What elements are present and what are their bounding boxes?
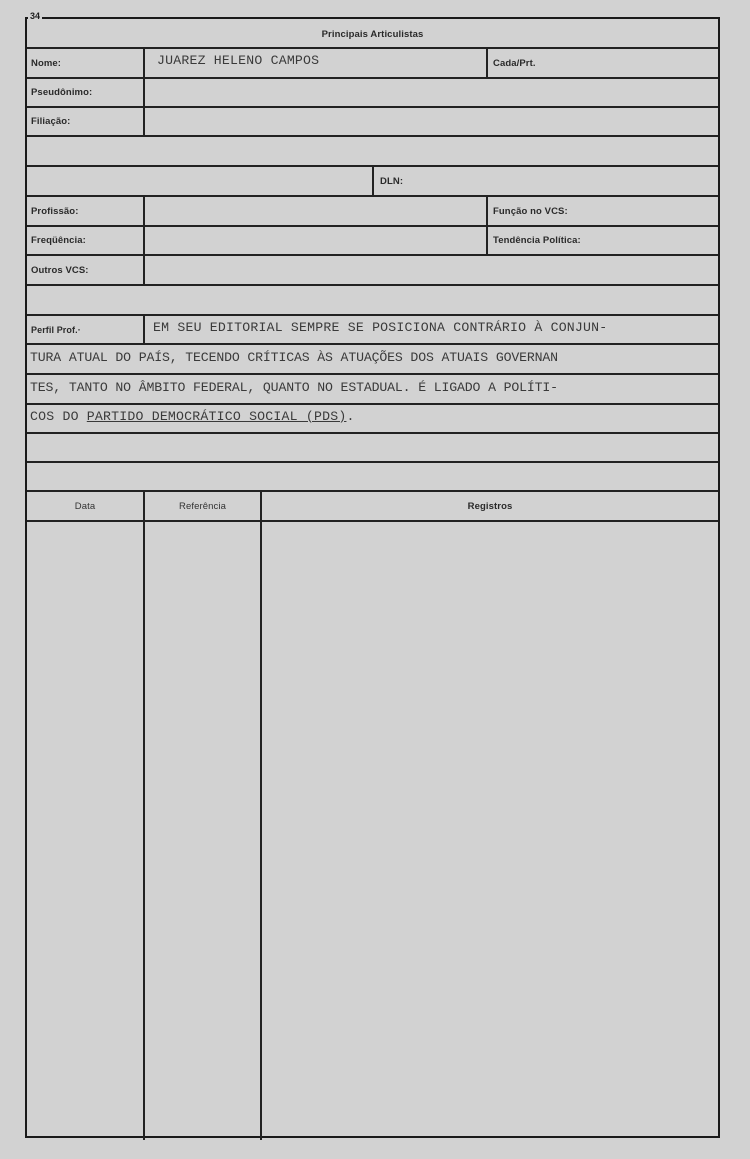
perfil-line-4-end: . (346, 409, 354, 424)
pseudonimo-label: Pseudônimo: (31, 87, 92, 98)
col-header-data: Data (27, 501, 143, 512)
outros-vcs-label: Outros VCS: (31, 265, 89, 276)
divider (27, 461, 718, 463)
divider (27, 254, 718, 256)
registros-table-body (27, 522, 718, 1136)
divider (27, 284, 718, 286)
form-title: Principais Articulistas (27, 29, 718, 40)
divider (27, 314, 718, 316)
col-header-referencia: Referência (145, 501, 260, 512)
frequencia-label: Freqüência: (31, 235, 86, 246)
cada-divider (486, 47, 488, 77)
divider (27, 77, 718, 79)
perfil-line-4-start: COS DO (30, 409, 87, 424)
perfil-prof-label: Perfil Prof.· (31, 325, 81, 335)
perfil-divider (143, 314, 145, 344)
funcao-divider (486, 195, 488, 255)
cada-prt-label: Cada/Prt. (493, 58, 536, 69)
perfil-line-3: TES, TANTO NO ÂMBITO FEDERAL, QUANTO NO … (30, 380, 558, 395)
nome-label: Nome: (31, 58, 61, 69)
label-column-divider (143, 47, 145, 137)
articulist-form: Principais Articulistas Nome: JUAREZ HEL… (25, 17, 720, 1138)
tendencia-politica-label: Tendência Política: (493, 235, 581, 246)
party-name: PARTIDO DEMOCRÁTICO SOCIAL (PDS) (87, 409, 347, 424)
profissao-label: Profissão: (31, 206, 78, 217)
perfil-line-4: COS DO PARTIDO DEMOCRÁTICO SOCIAL (PDS). (30, 409, 355, 424)
funcao-vcs-label: Função no VCS: (493, 206, 568, 217)
page-number: 34 (28, 11, 42, 21)
divider (27, 343, 718, 345)
divider (27, 490, 718, 492)
dln-label: DLN: (380, 176, 403, 187)
divider (27, 403, 718, 405)
dln-divider (372, 165, 374, 195)
divider (27, 135, 718, 137)
divider (27, 373, 718, 375)
perfil-line-1: EM SEU EDITORIAL SEMPRE SE POSICIONA CON… (153, 320, 607, 335)
filiacao-label: Filiação: (31, 116, 70, 127)
perfil-line-2: TURA ATUAL DO PAÍS, TECENDO CRÍTICAS ÀS … (30, 350, 558, 365)
divider (27, 432, 718, 434)
divider (27, 195, 718, 197)
divider (27, 225, 718, 227)
nome-value: JUAREZ HELENO CAMPOS (157, 53, 319, 68)
label-column-divider (143, 195, 145, 285)
col-header-registros: Registros (262, 501, 718, 512)
divider (27, 47, 718, 49)
divider (27, 106, 718, 108)
